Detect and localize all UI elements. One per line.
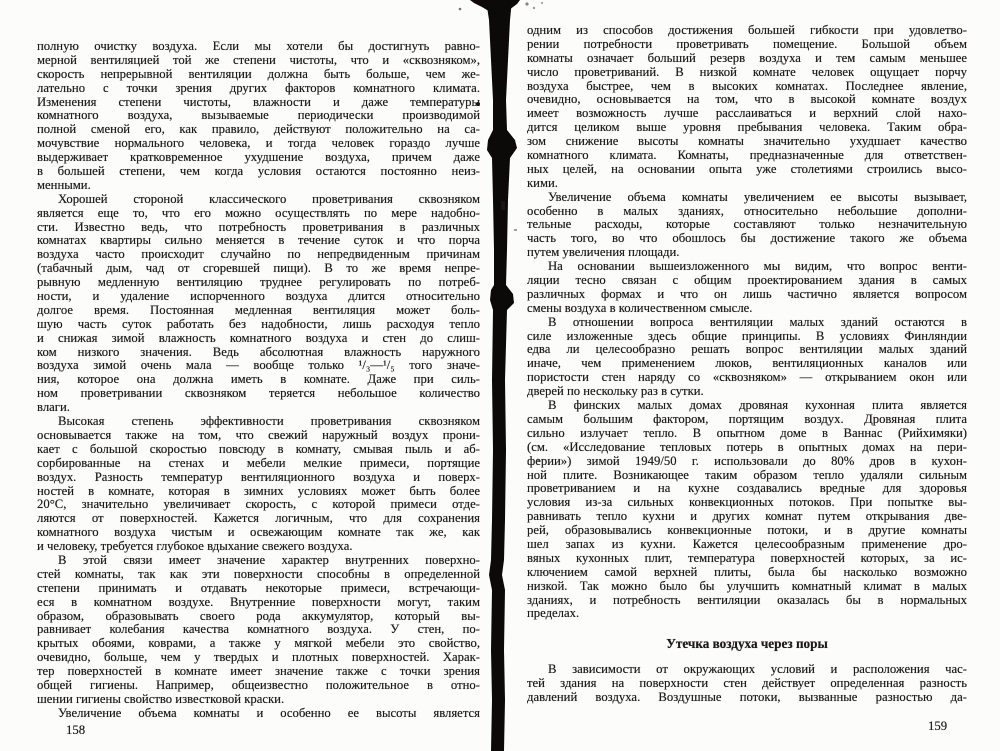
page-left: полную очистку воздуха. Если мы хотели б… xyxy=(37,40,480,721)
text-line: полную очистку воздуха. Если мы хотели б… xyxy=(37,40,480,54)
text-line: мочувствие нормального человека, и тогда… xyxy=(37,137,480,151)
paragraph: Хорошей стороной классического проветрив… xyxy=(37,193,480,415)
text-line: вяных кухонных плит, температура поверхн… xyxy=(527,552,967,566)
text-line: имеет возможность лучше расслаиваться и … xyxy=(527,107,967,121)
text-line: низкой. Так можно было бы улучшить комна… xyxy=(527,580,967,594)
text-line: дится целиком выше уровня пребывания чел… xyxy=(527,121,967,135)
text-line: лательно с точки зрения других факторов … xyxy=(37,82,480,96)
text-line: тельные расходы, которые составляют толь… xyxy=(527,218,967,232)
text-line: зданиях, и потребность вентиляции оказал… xyxy=(527,594,967,608)
text-line: Изменения степени чистоты, влажности и д… xyxy=(37,96,480,110)
text-line: основывается также на том, что свежий на… xyxy=(37,429,480,443)
text-line: образом, образовывать своего рода аккуму… xyxy=(37,610,480,624)
text-line: комнатного воздуха, вызываемые периодиче… xyxy=(37,109,480,123)
text-line: В финских малых домах дровяная кухонная … xyxy=(527,399,967,413)
text-line: является еще то, что его можно осуществл… xyxy=(37,207,480,221)
text-line: общей гигиены. Например, общеизвестно по… xyxy=(37,679,480,693)
page-right: одним из способов достижения большей гиб… xyxy=(527,24,967,705)
text-line: особенно в малых зданиях, относительно н… xyxy=(527,205,967,219)
text-line: тер поверхностей в комнате имеет значени… xyxy=(37,665,480,679)
text-line: давлений воздуха. Воздушные потоки, вызв… xyxy=(527,691,967,705)
text-line: сильно излучает тепло. В опытном доме в … xyxy=(527,427,967,441)
page-number-right: 159 xyxy=(928,719,947,734)
paragraph: На основании вышеизложенного мы видим, ч… xyxy=(527,260,967,316)
text-line: самым большим фактором, портящим воздух.… xyxy=(527,413,967,427)
text-line: долгое время. Постоянная медленная венти… xyxy=(37,304,480,318)
text-line: равнивает колебания качества комнатного … xyxy=(37,623,480,637)
text-line: ком низкого значения. Ведь абсолютная вл… xyxy=(37,346,480,360)
text-line: ключением самой верхней плиты, была бы н… xyxy=(527,566,967,580)
text-line: ферии») зимой 1949/50 г. использовали до… xyxy=(527,455,967,469)
text-line: ностей в комнате, которая в зимних услов… xyxy=(37,485,480,499)
text-line: различных формах и что он лишь частично … xyxy=(527,288,967,302)
text-line: очевидно, больше, чем у твердых и плотны… xyxy=(37,651,480,665)
paragraph: одним из способов достижения большей гиб… xyxy=(527,24,967,191)
paragraph: Высокая степень эффективности проветрива… xyxy=(37,415,480,554)
text-line: Хорошей стороной классического проветрив… xyxy=(37,193,480,207)
text-line: комнатного воздуха чистым и освежающим к… xyxy=(37,526,480,540)
text-line: ном проветривании сквозняком теряется не… xyxy=(37,387,480,401)
text-line: пределах. xyxy=(527,607,967,621)
section-heading: Утечка воздуха через поры xyxy=(527,637,967,651)
text-line: рывную медленную вентиляцию труднее регу… xyxy=(37,276,480,290)
text-line: сорбированные на стенах и мебели мелкие … xyxy=(37,457,480,471)
text-line: комнатах квартиры сильно меняется в тече… xyxy=(37,234,480,248)
text-line: кими. xyxy=(527,177,967,191)
text-line: Высокая степень эффективности проветрива… xyxy=(37,415,480,429)
text-line: число проветриваний. В низкой комнате че… xyxy=(527,66,967,80)
text-line: Увеличение объема комнаты и особенно ее … xyxy=(37,707,480,721)
text-line: пористости стен наряду со «сквозняком» —… xyxy=(527,371,967,385)
text-line: скорость непрерывной вентиляции должна б… xyxy=(37,68,480,82)
text-line: степени принимать и отдавать некоторые п… xyxy=(37,582,480,596)
text-line: менными. xyxy=(37,179,480,193)
text-line: путем увеличения площади. xyxy=(527,246,967,260)
text-line: в большей степени, чем когда условия ост… xyxy=(37,165,480,179)
text-line: иначе, чем применением люков, вентиляцио… xyxy=(527,357,967,371)
text-line: одним из способов достижения большей гиб… xyxy=(527,24,967,38)
text-line: сти. Известно ведь, что потребность пров… xyxy=(37,221,480,235)
text-line: рей, образовывались конвекционные потоки… xyxy=(527,524,967,538)
text-line: дверей по нескольку раз в сутки. xyxy=(527,385,967,399)
text-line: и снижая зимой влажность комнатного возд… xyxy=(37,332,480,346)
text-line: кает с большой скоростью повсюду в комна… xyxy=(37,443,480,457)
paragraph: В отношении вопроса вентиляции малых зда… xyxy=(527,316,967,399)
page-right-text: одним из способов достижения большей гиб… xyxy=(527,24,967,705)
text-line: проветриванием и на кухне создавались вр… xyxy=(527,482,967,496)
text-line: еся в комнатном воздухе. Внутренние пове… xyxy=(37,596,480,610)
text-line: крытых обоями, коврами, а также у мягкой… xyxy=(37,637,480,651)
text-line: стей комнаты, так как эти поверхности сп… xyxy=(37,568,480,582)
text-line: мерной вентиляцией той же степени чистот… xyxy=(37,54,480,68)
text-line: В отношении вопроса вентиляции малых зда… xyxy=(527,316,967,330)
text-line: рении потребности проветривать помещение… xyxy=(527,38,967,52)
text-line: ляции тесно связан с общим проектировани… xyxy=(527,274,967,288)
text-line: комнатного климата. Комнаты, предназначе… xyxy=(527,149,967,163)
text-line: и человеку, требуется глубокое вдыхание … xyxy=(37,540,480,554)
text-line: влаги. xyxy=(37,401,480,415)
text-line: шении гигиены свойство известковой краск… xyxy=(37,693,480,707)
text-line: воздух. Разность температур вентиляционн… xyxy=(37,471,480,485)
paragraph: Увеличение объема комнаты и особенно ее … xyxy=(37,707,480,721)
text-line: (табачный дым, чад от сгоревшей пищи). В… xyxy=(37,262,480,276)
text-line: условия из-за сильных конвекционных пото… xyxy=(527,496,967,510)
text-line: В этой связи имеет значение характер вну… xyxy=(37,554,480,568)
text-line: воздуха зимой очень мала — вообще только… xyxy=(37,359,480,373)
text-line: На основании вышеизложенного мы видим, ч… xyxy=(527,260,967,274)
text-line: В зависимости от окружающих условий и ра… xyxy=(527,663,967,677)
text-line: комнаты означает больший резерв воздуха … xyxy=(527,52,967,66)
paragraph: В финских малых домах дровяная кухонная … xyxy=(527,399,967,621)
text-line: ния, которое она должна иметь в комнате.… xyxy=(37,373,480,387)
text-line: шел запах из кухни. Кажется целесообразн… xyxy=(527,538,967,552)
text-line: воздуха быстрее, чем в высоких комнатах.… xyxy=(527,80,967,94)
text-line: зом снижение высоты комнаты значительно … xyxy=(527,135,967,149)
text-line: ляются от поверхностей. Кажется логичным… xyxy=(37,512,480,526)
text-line: шую часть суток работать без надобности,… xyxy=(37,318,480,332)
text-line: ной плите. Возникающее таким образом теп… xyxy=(527,469,967,483)
page-number-left: 158 xyxy=(66,723,85,738)
text-line: силе изложенные здесь общие принципы. В … xyxy=(527,330,967,344)
text-line: ных целей, на основании опыта уже столет… xyxy=(527,163,967,177)
text-line: очевидно, основывается на том, что в выс… xyxy=(527,93,967,107)
paragraph: В этой связи имеет значение характер вну… xyxy=(37,554,480,707)
paragraph: Увеличение объема комнаты увеличением ее… xyxy=(527,191,967,260)
text-line: 20°С, значительно увеличивает скорость, … xyxy=(37,498,480,512)
paragraph: полную очистку воздуха. Если мы хотели б… xyxy=(37,40,480,193)
text-line: ности, и удаление испорченного воздуха д… xyxy=(37,290,480,304)
text-line: равнивать тепло кухни и других комнат пу… xyxy=(527,510,967,524)
text-line: полной сменой его, как правило, действую… xyxy=(37,123,480,137)
text-line: смены воздуха в количественном смысле. xyxy=(527,302,967,316)
page-left-text: полную очистку воздуха. Если мы хотели б… xyxy=(37,40,480,721)
paragraph: В зависимости от окружающих условий и ра… xyxy=(527,663,967,705)
text-line: Увеличение объема комнаты увеличением ее… xyxy=(527,191,967,205)
text-line: выдерживает кратковременное ухудшение во… xyxy=(37,151,480,165)
text-line: (см. «Исследование тепловых потерь в опы… xyxy=(527,441,967,455)
text-line: тей здания на поверхности стен действует… xyxy=(527,677,967,691)
text-line: часть того, во что обошлось бы достижени… xyxy=(527,232,967,246)
book-scan: полную очистку воздуха. Если мы хотели б… xyxy=(0,0,1000,751)
text-line: воздуха часто происходит случайно по неп… xyxy=(37,248,480,262)
text-line: едва ли целесообразно решать вопрос вент… xyxy=(527,343,967,357)
